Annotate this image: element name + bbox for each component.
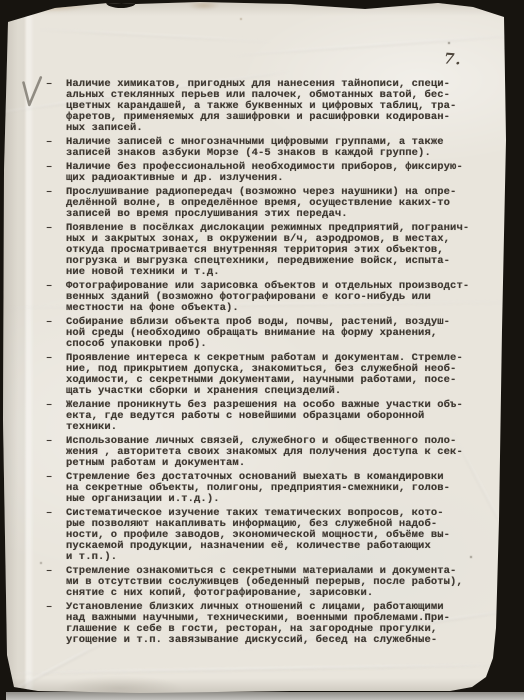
- bullet-list: – Наличие химикатов, пригодных для нанес…: [46, 79, 476, 646]
- bullet-dash: –: [46, 187, 66, 220]
- list-item: – Наличие записей с многозначными цифров…: [46, 137, 476, 159]
- bullet-dash: –: [46, 79, 66, 134]
- list-item-text: Фотографирование или зарисовка объектов …: [66, 281, 476, 314]
- list-item: – Появление в посёлках дислокации режимн…: [46, 223, 476, 278]
- bullet-dash: –: [46, 137, 66, 159]
- list-item-text: Стремление ознакомиться с секретными мат…: [66, 566, 476, 599]
- list-item: – Собирание вблизи объекта проб воды, по…: [46, 317, 476, 350]
- ink-specks: [0, 0, 2, 2]
- list-item: – Стремление ознакомиться с секретными м…: [46, 566, 476, 599]
- list-item-text: Желание проникнуть без разрешения на осо…: [66, 400, 476, 433]
- list-item-text: Собирание вблизи объекта проб воды, почв…: [66, 317, 476, 350]
- list-item: – Фотографирование или зарисовка объекто…: [46, 281, 476, 314]
- list-item-text: Прослушивание радиопередач (возможно чер…: [66, 187, 476, 220]
- paper-crease: [40, 28, 270, 43]
- list-item: – Прослушивание радиопередач (возможно ч…: [46, 187, 476, 220]
- list-item: – Наличие химикатов, пригодных для нанес…: [46, 79, 476, 134]
- list-item-text: Стремление без достаточных оснований вые…: [66, 472, 476, 505]
- list-item: – Использование личных связей, служебног…: [46, 436, 476, 469]
- list-item-text: Появление в посёлках дислокации режимных…: [66, 223, 476, 278]
- list-item: – Наличие без профессиональной необходим…: [46, 162, 476, 184]
- list-item-text: Наличие без профессиональной необходимос…: [66, 162, 476, 184]
- list-item-text: Проявление интереса к секретным работам …: [66, 353, 476, 397]
- bullet-dash: –: [46, 317, 66, 350]
- bullet-dash: –: [46, 602, 66, 646]
- bullet-dash: –: [46, 223, 66, 278]
- list-item: – Желание проникнуть без разрешения на о…: [46, 400, 476, 433]
- bullet-dash: –: [46, 281, 66, 314]
- bullet-dash: –: [46, 566, 66, 599]
- list-item-text: Систематическое изучение таких тематичес…: [66, 508, 476, 563]
- list-item: – Стремление без достаточных оснований в…: [46, 472, 476, 505]
- pencil-checkmark-icon: [19, 73, 43, 110]
- list-item: – Установление близких личных отношений …: [46, 602, 476, 646]
- bullet-dash: –: [46, 472, 66, 505]
- list-item: – Проявление интереса к секретным работа…: [46, 353, 476, 397]
- tear-mark: [106, 0, 136, 8]
- document-page: 7. – Наличие химикатов, пригодных для на…: [0, 0, 524, 700]
- list-item-text: Использование личных связей, служебного …: [66, 436, 476, 469]
- list-item: – Систематическое изучение таких тематич…: [46, 508, 476, 563]
- bullet-dash: –: [46, 508, 66, 563]
- list-item-text: Наличие химикатов, пригодных для нанесен…: [66, 79, 476, 134]
- list-item-text: Установление близких личных отношений с …: [66, 602, 476, 646]
- bullet-dash: –: [46, 400, 66, 433]
- page-number: 7.: [443, 49, 462, 68]
- stain: [10, 0, 90, 12]
- list-item-text: Наличие записей с многозначными цифровым…: [66, 137, 476, 159]
- bullet-dash: –: [46, 162, 66, 184]
- scanner-background-strip: [6, 692, 524, 700]
- stain: [188, 1, 220, 10]
- bullet-dash: –: [46, 436, 66, 469]
- scanned-page-photo: { "document": { "page_number": "7.", "bu…: [0, 0, 524, 700]
- paper-crease: [230, 33, 524, 57]
- paper-crease: [10, 663, 510, 675]
- bullet-dash: –: [46, 353, 66, 397]
